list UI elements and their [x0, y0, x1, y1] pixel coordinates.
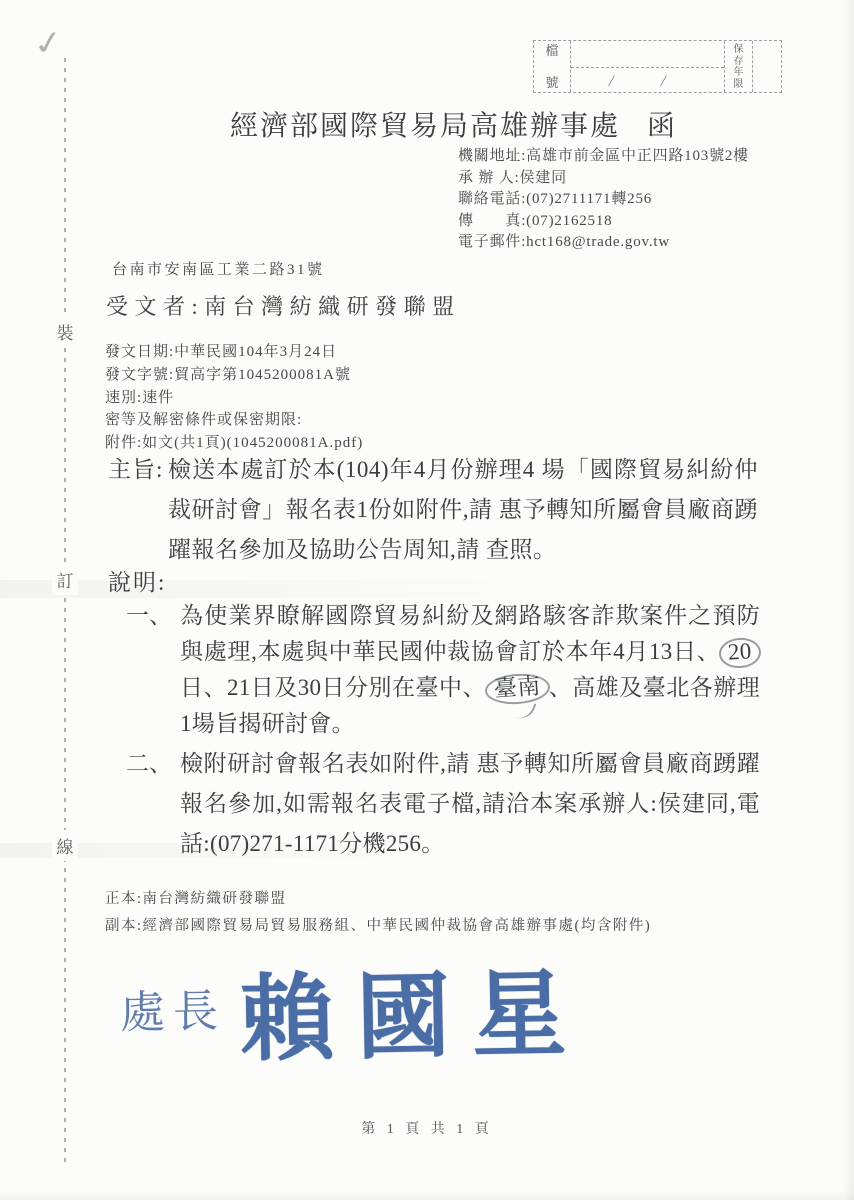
copies-block: 正本:南台灣紡織研發聯盟 副本:經濟部國際貿易局貿易服務組、中華民國仲裁協會高雄… — [105, 886, 651, 940]
sender-contact-block: 機關地址:高雄市前金區中正四路103號2樓 承 辦 人:侯建同 聯絡電話:(07… — [458, 146, 749, 254]
sender-contact-person: 承 辦 人:侯建同 — [458, 168, 749, 190]
file-no-char-1: 檔 — [545, 44, 558, 57]
sender-fax: 傳 真:(07)2162518 — [458, 211, 749, 233]
doc-meta-block: 發文日期:中華民國104年3月24日 發文字號:貿高字第1045200081A號… — [105, 341, 363, 455]
item1-text-pre: 為使業界瞭解國際貿易糾紛及網路駭客詐欺案件之預防與處理,本處與中華民國仲裁協會訂… — [180, 603, 760, 664]
document-title: 經濟部國際貿易局高雄辦事處函 — [230, 104, 677, 144]
sender-phone: 聯絡電話:(07)2711171轉256 — [458, 189, 749, 211]
binding-margin-line — [64, 58, 66, 1168]
sender-email: 電子郵件:hct168@trade.gov.tw — [458, 232, 749, 254]
issue-number: 發文字號:貿高字第1045200081A號 — [105, 364, 363, 387]
stamp-name: 賴國星 — [239, 938, 589, 1079]
item1-number: 一、 — [126, 598, 180, 742]
slash-mark: / — [607, 73, 615, 91]
scanned-official-letter: ✓ 裝 訂 線 檔 號 / / 保存年限 經濟部國際貿易局高雄辦事處函 機關地址… — [0, 0, 854, 1200]
scan-edge-shadow — [0, 1190, 854, 1200]
retention-period-label: 保存年限 — [724, 41, 752, 92]
scan-artifact-band — [0, 580, 560, 598]
stamp-title: 處長 — [119, 974, 226, 1041]
subject-label: 主旨: — [108, 450, 168, 570]
item1-text: 為使業界瞭解國際貿易糾紛及網路駭客詐欺案件之預防與處理,本處與中華民國仲裁協會訂… — [180, 598, 760, 742]
field-divider — [571, 67, 724, 68]
recipient-name: 南台灣紡織研發聯盟 — [204, 294, 461, 319]
speed-class: 速別:速件 — [105, 387, 363, 410]
explanation-label: 說明: — [108, 564, 166, 597]
issue-date: 發文日期:中華民國104年3月24日 — [105, 341, 363, 364]
item2-number: 二、 — [126, 744, 180, 864]
recipient-label: 受文者: — [106, 294, 204, 319]
director-signature-stamp: 處長 賴國星 — [119, 938, 589, 1081]
sender-address: 機關地址:高雄市前金區中正四路103號2樓 — [458, 146, 749, 168]
scan-edge-shadow — [842, 0, 854, 1200]
doc-type: 函 — [647, 111, 677, 142]
file-no-field: / / — [571, 41, 724, 92]
issuing-org-name: 經濟部國際貿易局高雄辦事處 — [230, 111, 620, 142]
retention-period-field — [752, 41, 781, 92]
item2-text: 檢附研討會報名表如附件,請 惠予轉知所屬會員廠商踴躍報名參加,如需報名表電子檔,… — [180, 744, 760, 864]
cc-recipients: 副本:經濟部國際貿易局貿易服務組、中華民國仲裁協會高雄辦事處(均含附件) — [105, 913, 651, 940]
subject-section: 主旨: 檢送本處訂於本(104)年4月份辦理4 場「國際貿易糾紛仲裁研討會」報名… — [108, 450, 758, 570]
explanation-item-2: 二、 檢附研討會報名表如附件,請 惠予轉知所屬會員廠商踴躍報名參加,如需報名表電… — [126, 744, 760, 864]
security-class: 密等及解密條件或保密期限: — [105, 409, 363, 432]
file-no-char-2: 號 — [545, 76, 558, 89]
pen-checkmark: ✓ — [29, 23, 68, 65]
binding-mark-zhuang: 裝 — [52, 316, 78, 347]
binding-mark-xian: 線 — [52, 830, 78, 861]
recipient-street-address: 台南市安南區工業二路31號 — [112, 258, 325, 279]
file-number-box: 檔 號 / / 保存年限 — [533, 40, 782, 93]
pen-circle-date-20: 20 — [718, 637, 762, 670]
page-number-footer: 第 1 頁 共 1 頁 — [0, 1118, 854, 1138]
slash-mark: / — [659, 73, 667, 91]
subject-text: 檢送本處訂於本(104)年4月份辦理4 場「國際貿易糾紛仲裁研討會」報名表1份如… — [168, 450, 758, 570]
pen-circle-tainan: 臺南 — [484, 672, 551, 707]
original-recipient: 正本:南台灣紡織研發聯盟 — [105, 886, 651, 913]
retention-label-text: 保存年限 — [733, 44, 744, 90]
recipient-line: 受文者:南台灣紡織研發聯盟 — [106, 290, 461, 321]
item1-text-mid: 日、21日及30日分別在臺中、 — [180, 675, 486, 700]
file-no-label: 檔 號 — [534, 41, 571, 92]
explanation-item-1: 一、 為使業界瞭解國際貿易糾紛及網路駭客詐欺案件之預防與處理,本處與中華民國仲裁… — [126, 598, 760, 742]
binding-mark-ding: 訂 — [52, 564, 78, 595]
